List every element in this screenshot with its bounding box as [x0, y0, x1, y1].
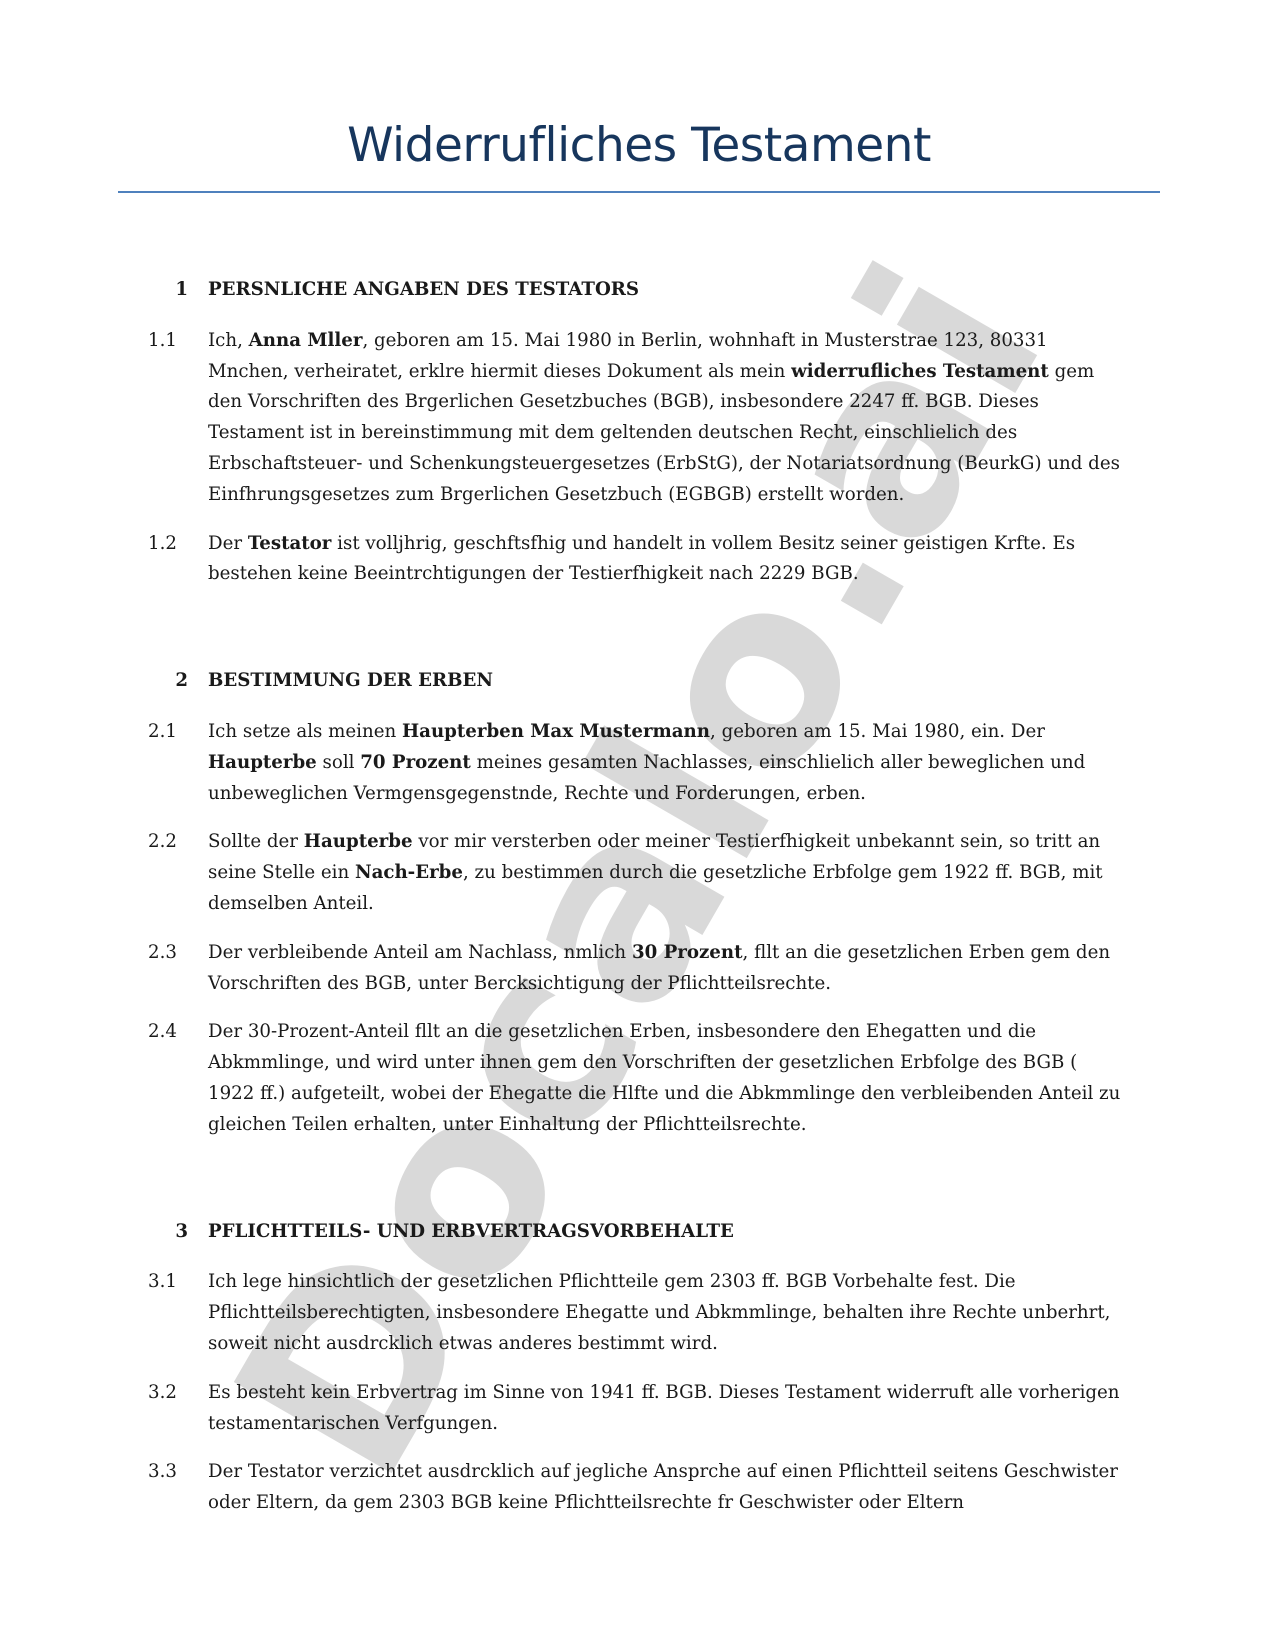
emphasis-text: 70 Prozent [360, 752, 471, 773]
clause-number: 3.1 [148, 1267, 208, 1359]
emphasis-text: Anna Mller [249, 330, 363, 351]
clause-text: Ich setze als meinen Haupterben Max Must… [208, 717, 1128, 809]
document-body: 1PERSNLICHE ANGABEN DES TESTATORS1.1Ich,… [148, 275, 1128, 1537]
emphasis-text: Nach-Erbe [355, 862, 463, 883]
section-number: 2 [148, 666, 208, 697]
section-number: 1 [148, 275, 208, 306]
section-spacer [148, 1159, 1128, 1217]
section: 3PFLICHTTEILS- UND ERBVERTRAGSVORBEHALTE… [148, 1217, 1128, 1519]
text-run: gem den Vorschriften des Brgerlichen Ges… [208, 361, 1120, 505]
document-page: Docalo.ai Widerrufliches Testament 1PERS… [0, 0, 1275, 1650]
section: 2BESTIMMUNG DER ERBEN2.1Ich setze als me… [148, 666, 1128, 1140]
clause-text: Es besteht kein Erbvertrag im Sinne von … [208, 1378, 1128, 1440]
clause-number: 2.3 [148, 938, 208, 1000]
text-run: Der 30-Prozent-Anteil fllt an die gesetz… [208, 1021, 1120, 1134]
text-run: Ich lege hinsichtlich der gesetzlichen P… [208, 1271, 1110, 1354]
clause-number: 2.4 [148, 1017, 208, 1140]
clause: 2.3Der verbleibende Anteil am Nachlass, … [148, 938, 1128, 1000]
text-run: Der verbleibende Anteil am Nachlass, nml… [208, 942, 632, 963]
clause: 2.2Sollte der Haupterbe vor mir versterb… [148, 827, 1128, 919]
section-heading-text: PERSNLICHE ANGABEN DES TESTATORS [208, 275, 639, 306]
clause-number: 1.1 [148, 326, 208, 511]
clause: 3.1Ich lege hinsichtlich der gesetzliche… [148, 1267, 1128, 1359]
section-heading: 2BESTIMMUNG DER ERBEN [148, 666, 1128, 697]
text-run: Ich setze als meinen [208, 721, 402, 742]
clause-number: 1.2 [148, 529, 208, 591]
text-run: soll [317, 752, 360, 773]
clause: 1.2Der Testator ist volljhrig, geschftsf… [148, 529, 1128, 591]
clause-number: 3.2 [148, 1378, 208, 1440]
clause-text: Sollte der Haupterbe vor mir versterben … [208, 827, 1128, 919]
title-divider [118, 191, 1160, 193]
clause-number: 3.3 [148, 1457, 208, 1519]
section-heading-text: PFLICHTTEILS- UND ERBVERTRAGSVORBEHALTE [208, 1217, 734, 1248]
clause-number: 2.2 [148, 827, 208, 919]
section-spacer [148, 608, 1128, 666]
section-heading: 1PERSNLICHE ANGABEN DES TESTATORS [148, 275, 1128, 306]
clause: 3.2Es besteht kein Erbvertrag im Sinne v… [148, 1378, 1128, 1440]
clause-text: Der Testator verzichtet ausdrcklich auf … [208, 1457, 1128, 1519]
section-heading: 3PFLICHTTEILS- UND ERBVERTRAGSVORBEHALTE [148, 1217, 1128, 1248]
clause: 2.1Ich setze als meinen Haupterben Max M… [148, 717, 1128, 809]
clause-text: Der verbleibende Anteil am Nachlass, nml… [208, 938, 1128, 1000]
section: 1PERSNLICHE ANGABEN DES TESTATORS1.1Ich,… [148, 275, 1128, 590]
text-run: Es besteht kein Erbvertrag im Sinne von … [208, 1382, 1120, 1434]
emphasis-text: Haupterbe [208, 752, 317, 773]
emphasis-text: Haupterben Max Mustermann [402, 721, 710, 742]
emphasis-text: widerrufliches Testament [791, 361, 1049, 382]
clause: 2.4Der 30-Prozent-Anteil fllt an die ges… [148, 1017, 1128, 1140]
clause-number: 2.1 [148, 717, 208, 809]
emphasis-text: Haupterbe [304, 831, 413, 852]
clause: 1.1Ich, Anna Mller, geboren am 15. Mai 1… [148, 326, 1128, 511]
text-run: , geboren am 15. Mai 1980, ein. Der [710, 721, 1045, 742]
text-run: Der Testator verzichtet ausdrcklich auf … [208, 1461, 1118, 1513]
clause: 3.3Der Testator verzichtet ausdrcklich a… [148, 1457, 1128, 1519]
clause-text: Ich lege hinsichtlich der gesetzlichen P… [208, 1267, 1128, 1359]
clause-text: Der 30-Prozent-Anteil fllt an die gesetz… [208, 1017, 1128, 1140]
section-number: 3 [148, 1217, 208, 1248]
text-run: Der [208, 533, 248, 554]
clause-text: Der Testator ist volljhrig, geschftsfhig… [208, 529, 1128, 591]
text-run: Ich, [208, 330, 249, 351]
text-run: ist volljhrig, geschftsfhig und handelt … [208, 533, 1075, 585]
clause-text: Ich, Anna Mller, geboren am 15. Mai 1980… [208, 326, 1128, 511]
text-run: Sollte der [208, 831, 304, 852]
document-title: Widerrufliches Testament [118, 118, 1160, 173]
emphasis-text: 30 Prozent [632, 942, 743, 963]
emphasis-text: Testator [248, 533, 332, 554]
section-heading-text: BESTIMMUNG DER ERBEN [208, 666, 493, 697]
